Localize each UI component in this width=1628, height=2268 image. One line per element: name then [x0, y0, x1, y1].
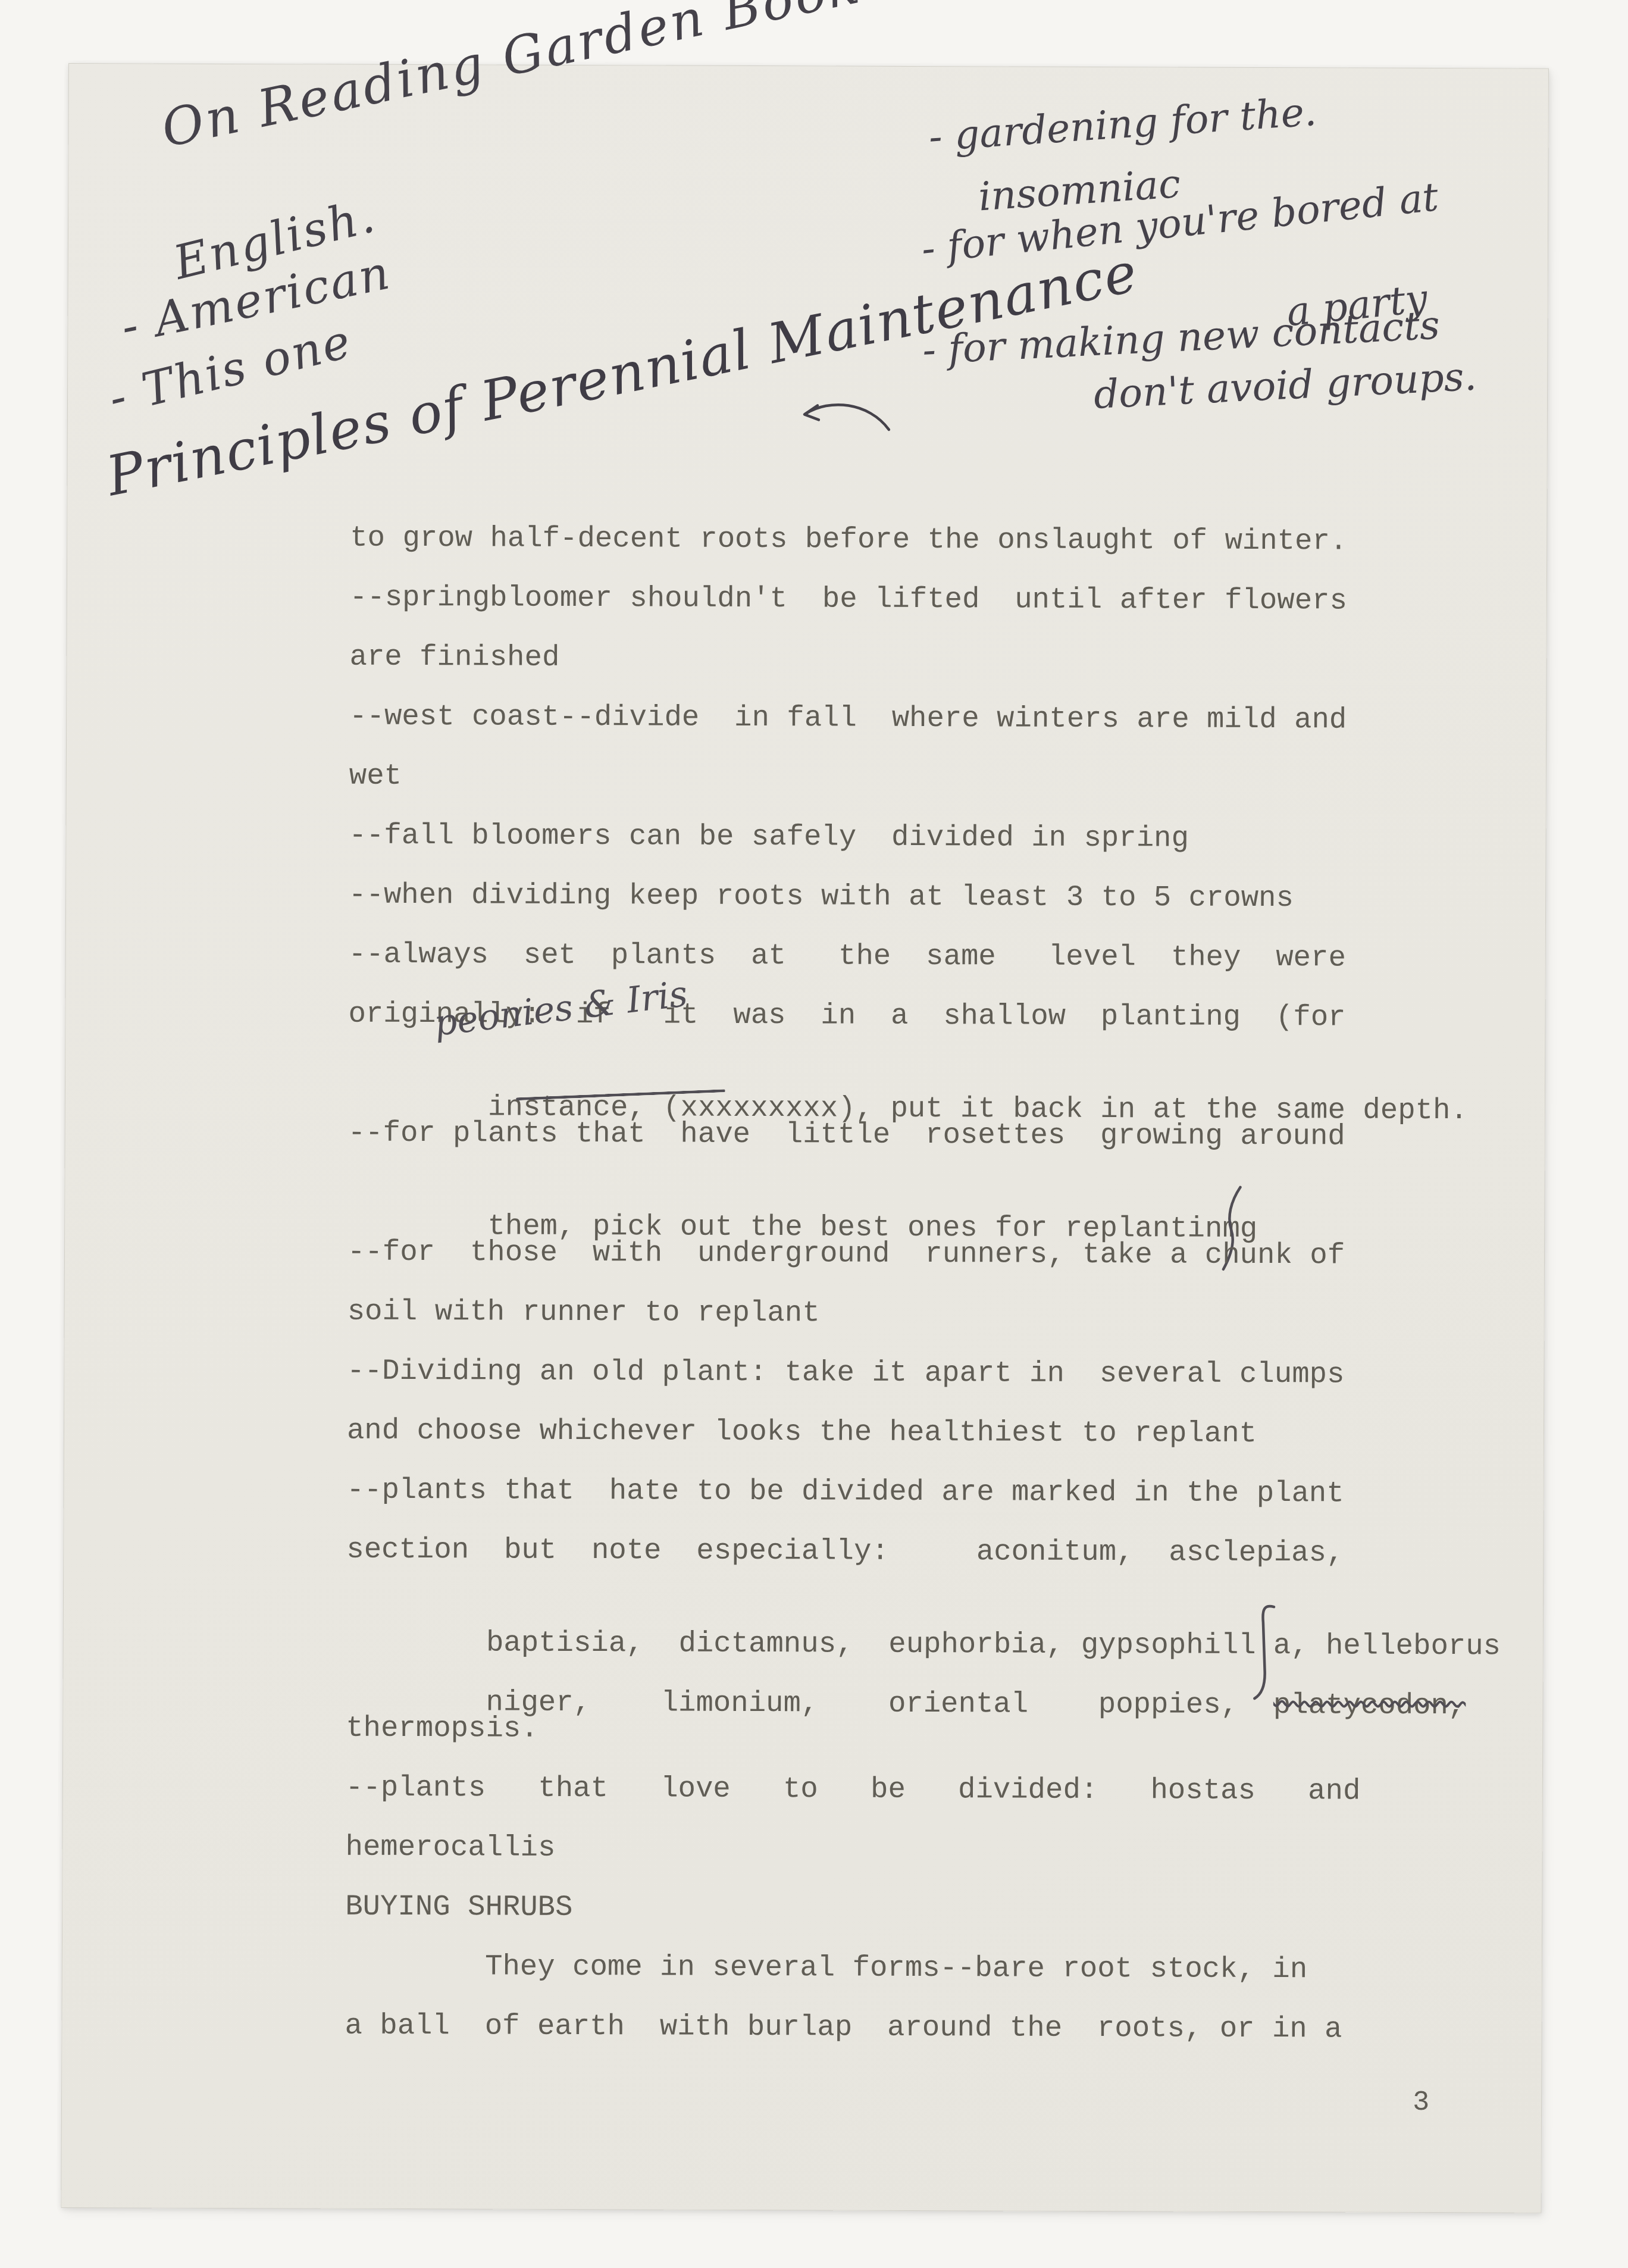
scanned-page: On Reading Garden Book English. - Americ…: [61, 63, 1549, 2213]
typed-line: --springbloomer shouldn't be lifted unti…: [350, 581, 1409, 644]
handwritten-note-title: On Reading Garden Book: [156, 0, 866, 159]
typed-line: --plants that hate to be divided are mar…: [346, 1474, 1405, 1537]
typed-line: --plants that love to be divided: hostas…: [346, 1771, 1405, 1834]
typed-line: are finished: [349, 640, 1408, 703]
typed-line: BUYING SHRUBS: [345, 1890, 1404, 1953]
typed-line: --fall bloomers can be safely divided in…: [349, 819, 1408, 882]
arrow-left-icon: [799, 392, 894, 440]
typed-line: --when dividing keep roots with at least…: [349, 878, 1408, 941]
scan-background: On Reading Garden Book English. - Americ…: [0, 0, 1628, 2268]
typed-line-with-correction: them, pick out the best ones for replant…: [347, 1176, 1407, 1239]
page-number: 3: [1413, 2087, 1429, 2119]
typed-line: --for those with underground runners, ta…: [347, 1235, 1407, 1299]
typed-line-with-correction: instance, (xxxxxxxxx), put it back in at…: [348, 1057, 1407, 1120]
typed-line: hemerocallis: [345, 1831, 1404, 1894]
typed-line: --Dividing an old plant: take it apart i…: [347, 1354, 1406, 1418]
typed-line: --west coast--divide in fall where winte…: [349, 700, 1408, 763]
typed-text-body: to grow half-decent roots before the ons…: [345, 521, 1409, 2072]
typed-line: and choose whichever looks the healthies…: [347, 1414, 1406, 1477]
typed-line: They come in several forms--bare root st…: [345, 1950, 1404, 2013]
typed-line: --always set plants at the same level th…: [349, 938, 1408, 1001]
typed-line-with-correction: baptisia, dictamnus, euphorbia, gypsophi…: [346, 1593, 1405, 1656]
typed-line: --for plants that have little rosettes g…: [347, 1116, 1407, 1180]
typed-line: a ball of earth with burlap around the r…: [345, 2009, 1404, 2072]
typed-line: wet: [349, 759, 1408, 822]
typed-line: to grow half-decent roots before the ons…: [350, 521, 1409, 584]
typed-line: section but note especially: aconitum, a…: [346, 1533, 1405, 1596]
typed-line-with-strikethrough: niger, limonium, oriental poppies, platy…: [346, 1652, 1405, 1715]
handwritten-note-line: - gardening for the.: [927, 89, 1318, 160]
handwritten-note-line: don't avoid groups.: [1092, 354, 1477, 418]
typed-line: soil with runner to replant: [347, 1295, 1406, 1358]
typed-line: thermopsis.: [346, 1712, 1405, 1775]
